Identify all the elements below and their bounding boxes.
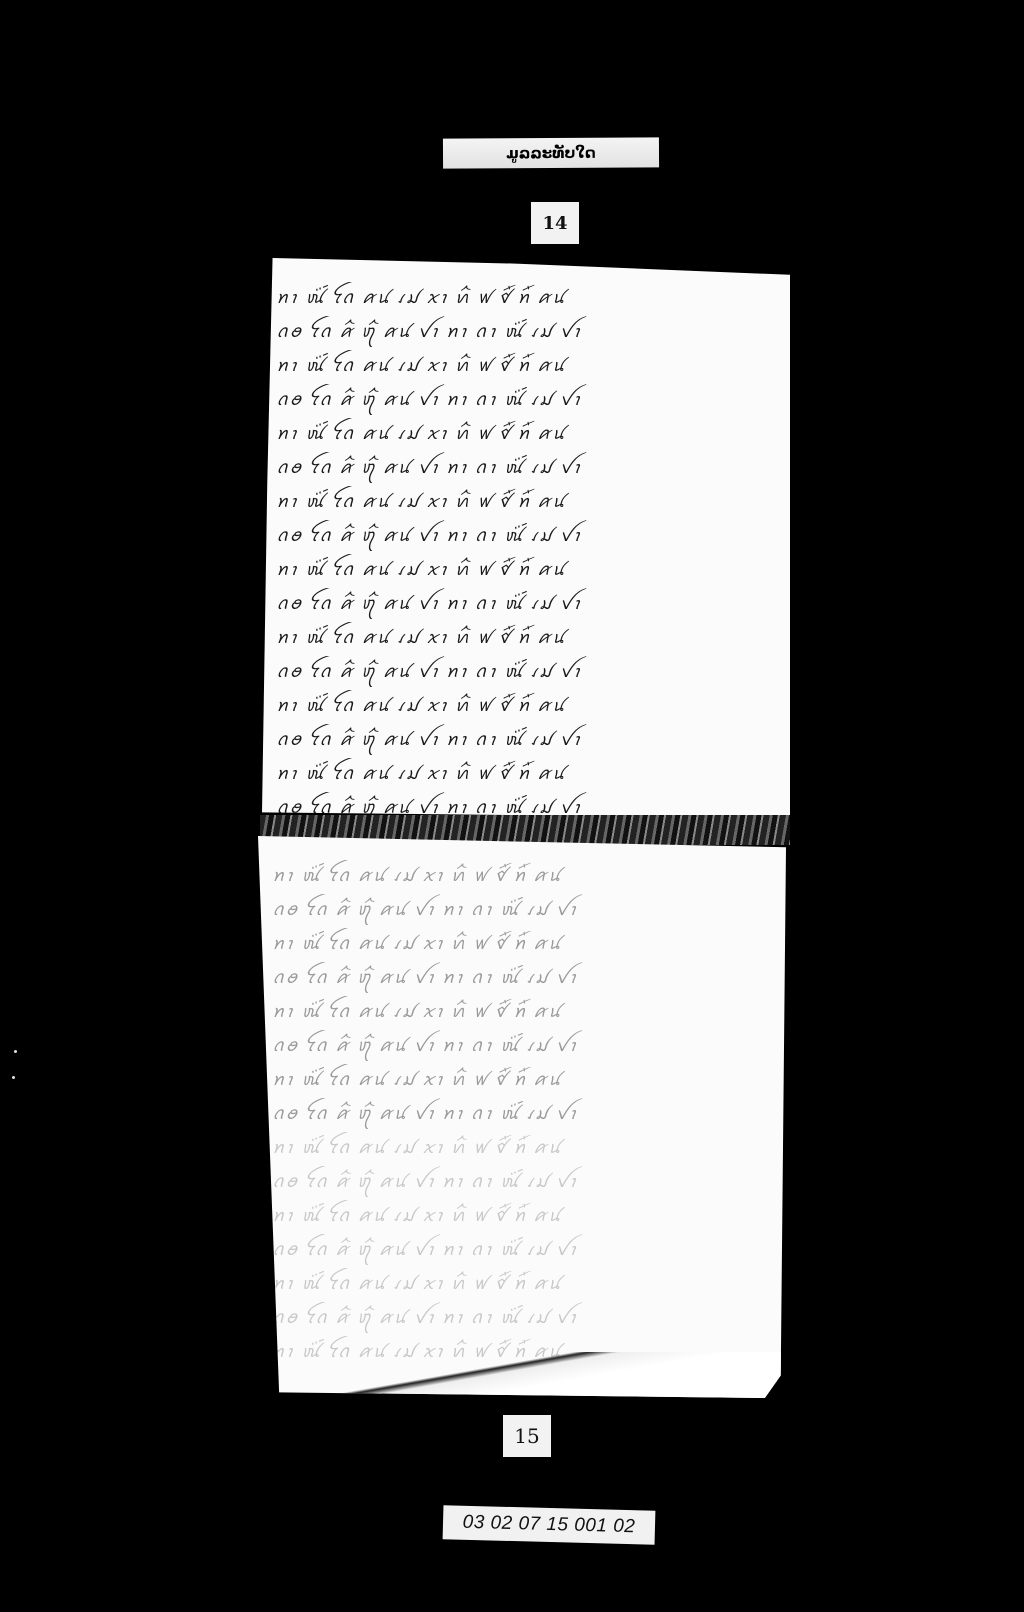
- manuscript-line: ꪒꪮ ꪼꪒ ꪁꪲ ꪨꪲ ꪁꪙ ꪜꪱ ꪀꪱ ꪒꪱ ꪘꪾ ꪹꪣ ꪜꪱ: [276, 656, 776, 687]
- dust-speck: [12, 1076, 15, 1079]
- catalog-number-text: 03 02 07 15 001 02: [462, 1512, 635, 1539]
- page-number-top-text: 14: [542, 213, 567, 234]
- manuscript-line: ꪀꪱ ꪘꪾ ꪼꪒ ꪁꪙ ꪹꪣ ꪎꪱ ꪕꪲ ꪝ ꪥꪸ ꪀꪸ ꪁꪙ: [276, 690, 776, 721]
- manuscript-line: ꪒꪮ ꪼꪒ ꪁꪲ ꪨꪲ ꪁꪙ ꪜꪱ ꪀꪱ ꪒꪱ ꪘꪾ ꪹꪣ ꪜꪱ: [276, 588, 776, 619]
- manuscript-line: ꪀꪱ ꪘꪾ ꪼꪒ ꪁꪙ ꪹꪣ ꪎꪱ ꪕꪲ ꪝ ꪥꪸ ꪀꪸ ꪁꪙ: [276, 350, 776, 381]
- manuscript-line: ꪒꪮ ꪼꪒ ꪁꪲ ꪨꪲ ꪁꪙ ꪜꪱ ꪀꪱ ꪒꪱ ꪘꪾ ꪹꪣ ꪜꪱ: [276, 384, 776, 415]
- manuscript-line: ꪀꪱ ꪘꪾ ꪼꪒ ꪁꪙ ꪹꪣ ꪎꪱ ꪕꪲ ꪝ ꪥꪸ ꪀꪸ ꪁꪙ: [276, 418, 776, 449]
- manuscript-line: ꪒꪮ ꪼꪒ ꪁꪲ ꪨꪲ ꪁꪙ ꪜꪱ ꪀꪱ ꪒꪱ ꪘꪾ ꪹꪣ ꪜꪱ: [276, 316, 776, 347]
- manuscript-line: ꪒꪮ ꪼꪒ ꪁꪲ ꪨꪲ ꪁꪙ ꪜꪱ ꪀꪱ ꪒꪱ ꪘꪾ ꪹꪣ ꪜꪱ: [272, 1098, 772, 1129]
- collection-title-text: ມູລລະທັບໃດ: [506, 144, 596, 162]
- manuscript-line: ꪒꪮ ꪼꪒ ꪁꪲ ꪨꪲ ꪁꪙ ꪜꪱ ꪀꪱ ꪒꪱ ꪘꪾ ꪹꪣ ꪜꪱ: [272, 894, 772, 925]
- manuscript-line: ꪀꪱ ꪘꪾ ꪼꪒ ꪁꪙ ꪹꪣ ꪎꪱ ꪕꪲ ꪝ ꪥꪸ ꪀꪸ ꪁꪙ: [272, 1064, 772, 1095]
- collection-title-label: ມູລລະທັບໃດ: [443, 137, 659, 168]
- manuscript-line: ꪀꪱ ꪘꪾ ꪼꪒ ꪁꪙ ꪹꪣ ꪎꪱ ꪕꪲ ꪝ ꪥꪸ ꪀꪸ ꪁꪙ: [272, 928, 772, 959]
- manuscript-text-top: ꪀꪱ ꪘꪾ ꪼꪒ ꪁꪙ ꪹꪣ ꪎꪱ ꪕꪲ ꪝ ꪥꪸ ꪀꪸ ꪁꪙꪒꪮ ꪼꪒ ꪁꪲ …: [276, 282, 776, 818]
- leaf-curled-edge: [258, 1352, 786, 1398]
- manuscript-line: ꪒꪮ ꪼꪒ ꪁꪲ ꪨꪲ ꪁꪙ ꪜꪱ ꪀꪱ ꪒꪱ ꪘꪾ ꪹꪣ ꪜꪱ: [272, 1166, 772, 1197]
- page-number-bottom-text: 15: [514, 1424, 539, 1448]
- manuscript-leaf-bottom: ꪀꪱ ꪘꪾ ꪼꪒ ꪁꪙ ꪹꪣ ꪎꪱ ꪕꪲ ꪝ ꪥꪸ ꪀꪸ ꪁꪙꪒꪮ ꪼꪒ ꪁꪲ …: [258, 836, 786, 1398]
- manuscript-line: ꪀꪱ ꪘꪾ ꪼꪒ ꪁꪙ ꪹꪣ ꪎꪱ ꪕꪲ ꪝ ꪥꪸ ꪀꪸ ꪁꪙ: [276, 282, 776, 313]
- dust-speck: [14, 1050, 17, 1053]
- manuscript-line: ꪒꪮ ꪼꪒ ꪁꪲ ꪨꪲ ꪁꪙ ꪜꪱ ꪀꪱ ꪒꪱ ꪘꪾ ꪹꪣ ꪜꪱ: [276, 520, 776, 551]
- manuscript-line: ꪀꪱ ꪘꪾ ꪼꪒ ꪁꪙ ꪹꪣ ꪎꪱ ꪕꪲ ꪝ ꪥꪸ ꪀꪸ ꪁꪙ: [276, 486, 776, 517]
- manuscript-line: ꪒꪮ ꪼꪒ ꪁꪲ ꪨꪲ ꪁꪙ ꪜꪱ ꪀꪱ ꪒꪱ ꪘꪾ ꪹꪣ ꪜꪱ: [276, 452, 776, 483]
- manuscript-line: ꪀꪱ ꪘꪾ ꪼꪒ ꪁꪙ ꪹꪣ ꪎꪱ ꪕꪲ ꪝ ꪥꪸ ꪀꪸ ꪁꪙ: [276, 758, 776, 789]
- page-number-top: 14: [531, 202, 579, 244]
- manuscript-line: ꪀꪱ ꪘꪾ ꪼꪒ ꪁꪙ ꪹꪣ ꪎꪱ ꪕꪲ ꪝ ꪥꪸ ꪀꪸ ꪁꪙ: [272, 996, 772, 1027]
- catalog-number-label: 03 02 07 15 001 02: [443, 1505, 656, 1545]
- manuscript-text-bottom: ꪀꪱ ꪘꪾ ꪼꪒ ꪁꪙ ꪹꪣ ꪎꪱ ꪕꪲ ꪝ ꪥꪸ ꪀꪸ ꪁꪙꪒꪮ ꪼꪒ ꪁꪲ …: [272, 860, 772, 1370]
- manuscript-line: ꪀꪱ ꪘꪾ ꪼꪒ ꪁꪙ ꪹꪣ ꪎꪱ ꪕꪲ ꪝ ꪥꪸ ꪀꪸ ꪁꪙ: [272, 1132, 772, 1163]
- manuscript-line: ꪀꪱ ꪘꪾ ꪼꪒ ꪁꪙ ꪹꪣ ꪎꪱ ꪕꪲ ꪝ ꪥꪸ ꪀꪸ ꪁꪙ: [272, 1200, 772, 1231]
- manuscript-line: ꪒꪮ ꪼꪒ ꪁꪲ ꪨꪲ ꪁꪙ ꪜꪱ ꪀꪱ ꪒꪱ ꪘꪾ ꪹꪣ ꪜꪱ: [272, 962, 772, 993]
- manuscript-line: ꪒꪮ ꪼꪒ ꪁꪲ ꪨꪲ ꪁꪙ ꪜꪱ ꪀꪱ ꪒꪱ ꪘꪾ ꪹꪣ ꪜꪱ: [272, 1302, 772, 1333]
- manuscript-line: ꪀꪱ ꪘꪾ ꪼꪒ ꪁꪙ ꪹꪣ ꪎꪱ ꪕꪲ ꪝ ꪥꪸ ꪀꪸ ꪁꪙ: [276, 622, 776, 653]
- manuscript-leaf-top: ꪀꪱ ꪘꪾ ꪼꪒ ꪁꪙ ꪹꪣ ꪎꪱ ꪕꪲ ꪝ ꪥꪸ ꪀꪸ ꪁꪙꪒꪮ ꪼꪒ ꪁꪲ …: [262, 258, 790, 818]
- manuscript-line: ꪀꪱ ꪘꪾ ꪼꪒ ꪁꪙ ꪹꪣ ꪎꪱ ꪕꪲ ꪝ ꪥꪸ ꪀꪸ ꪁꪙ: [272, 860, 772, 891]
- manuscript-line: ꪒꪮ ꪼꪒ ꪁꪲ ꪨꪲ ꪁꪙ ꪜꪱ ꪀꪱ ꪒꪱ ꪘꪾ ꪹꪣ ꪜꪱ: [276, 724, 776, 755]
- manuscript-line: ꪀꪱ ꪘꪾ ꪼꪒ ꪁꪙ ꪹꪣ ꪎꪱ ꪕꪲ ꪝ ꪥꪸ ꪀꪸ ꪁꪙ: [276, 554, 776, 585]
- page-number-bottom: 15: [503, 1415, 551, 1457]
- manuscript-line: ꪒꪮ ꪼꪒ ꪁꪲ ꪨꪲ ꪁꪙ ꪜꪱ ꪀꪱ ꪒꪱ ꪘꪾ ꪹꪣ ꪜꪱ: [272, 1234, 772, 1265]
- manuscript-line: ꪀꪱ ꪘꪾ ꪼꪒ ꪁꪙ ꪹꪣ ꪎꪱ ꪕꪲ ꪝ ꪥꪸ ꪀꪸ ꪁꪙ: [272, 1268, 772, 1299]
- manuscript-line: ꪒꪮ ꪼꪒ ꪁꪲ ꪨꪲ ꪁꪙ ꪜꪱ ꪀꪱ ꪒꪱ ꪘꪾ ꪹꪣ ꪜꪱ: [272, 1030, 772, 1061]
